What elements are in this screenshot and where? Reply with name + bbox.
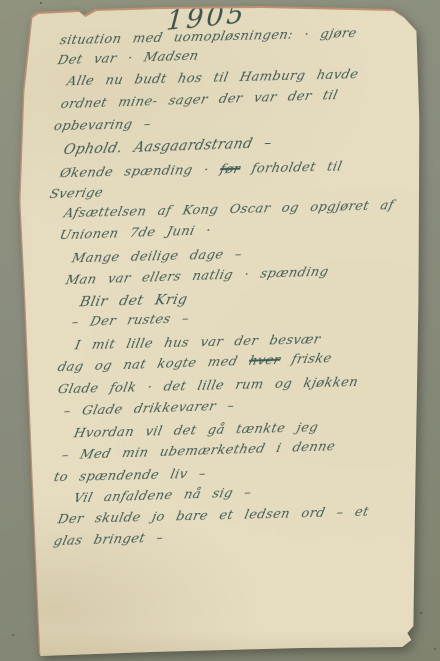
manuscript-line: – Med min ubemærkethed i denne: [60, 440, 336, 462]
manuscript-line: situation med uomopløsningen: · gjøre: [59, 27, 358, 47]
manuscript-line: Unionen 7de Juni ·: [58, 224, 212, 242]
manuscript-line: – Glade drikkevarer –: [62, 399, 235, 418]
dust-speck: [420, 612, 422, 614]
paper-surface: 1905 situation med uomopløsningen: · gjø…: [1, 2, 440, 661]
scan-mount-background: 66-27. 1905 situation med uomopløsningen…: [0, 0, 440, 661]
manuscript-line: dag og nat kogte med hver friske: [56, 352, 333, 374]
handwriting-layer: situation med uomopløsningen: · gjøreDet…: [1, 2, 440, 661]
manuscript-line: Økende spænding · før forholdet til: [59, 160, 344, 180]
manuscript-line: Sverige: [48, 186, 104, 201]
handwriting-strikethrough: hver: [247, 353, 282, 369]
manuscript-line: Afsættelsen af Kong Oscar og opgjøret af: [63, 199, 395, 220]
manuscript-line: Der skulde jo bare et ledsen ord – et: [57, 505, 370, 526]
manuscript-line: ordnet mine- sager der var der til: [59, 89, 339, 111]
manuscript-line: Ophold. Aasgaardstrand –: [62, 136, 273, 157]
manuscript-line: Det var · Madsen: [56, 49, 200, 67]
manuscript-line: I mit lille hus var der besvær: [74, 333, 322, 352]
manuscript-line: opbevaring –: [53, 118, 152, 133]
manuscript-line: Man var ellers natlig · spænding: [64, 265, 330, 287]
manuscript-line: Alle nu budt hos til Hamburg havde: [66, 68, 360, 88]
manuscript-line: to spændende liv –: [53, 467, 207, 484]
manuscript-line: Mange deilige dage –: [71, 248, 244, 265]
manuscript-paper: 1905 situation med uomopløsningen: · gjø…: [0, 0, 440, 661]
manuscript-line: – Der rustes –: [70, 312, 190, 329]
manuscript-line: Blir det Krig: [79, 292, 189, 309]
manuscript-line: glas bringet –: [52, 531, 165, 548]
manuscript-line: Glade folk · det lille rum og kjøkken: [57, 376, 360, 396]
manuscript-line: Hvordan vil det gå tænkte jeg: [73, 421, 320, 440]
manuscript-line: Vil anfaldene nå sig –: [72, 486, 252, 505]
